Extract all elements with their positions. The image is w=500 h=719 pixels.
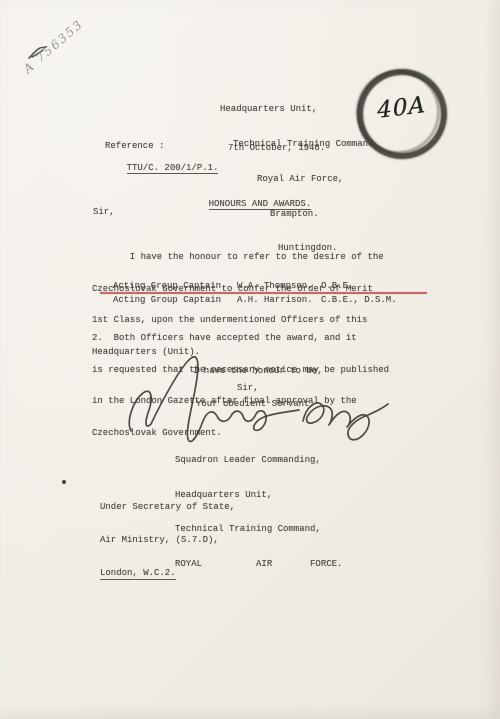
reference-number-text: TTU/C. 200/1/P.1. <box>127 163 219 175</box>
paragraph-1-line: I have the honour to refer to the desire… <box>92 252 384 263</box>
officers-list: Acting Group Captain W.A. Thompson. O.B.… <box>113 281 397 309</box>
officer-honours: C.B.E., D.S.M. <box>321 295 397 309</box>
header-address-line: Royal Air Force, <box>257 174 379 186</box>
officer-row: Acting Group Captain A.H. Harrison. C.B.… <box>113 295 397 309</box>
header-address-line: Headquarters Unit, <box>220 104 379 116</box>
letter-date: 7th October, 1946. <box>228 143 325 154</box>
reference-number: TTU/C. 200/1/P.1. <box>105 152 218 184</box>
scanned-letter-page: A 756353 40A Headquarters Unit, Technica… <box>0 0 500 719</box>
closing-line-3: Your obedient Servant. <box>196 399 315 410</box>
recipient-line-underlined: London, W.C.2. <box>100 568 176 580</box>
officer-rank: Acting Group Captain <box>113 295 237 309</box>
recipient-address: Under Secretary of State, Air Ministry, … <box>100 480 235 601</box>
subject-title: HONOURS AND AWARDS. <box>187 188 311 220</box>
reference-label: Reference : <box>105 141 164 152</box>
red-underline <box>100 292 427 294</box>
signature-block-line: Squadron Leader Commanding, <box>175 455 342 467</box>
officer-name: A.H. Harrison. <box>237 295 321 309</box>
recipient-line: Under Secretary of State, <box>100 502 235 513</box>
closing-line-1: I have the honour to be, <box>193 366 323 377</box>
subject-title-text: HONOURS AND AWARDS. <box>209 199 312 211</box>
recipient-line: London, W.C.2. <box>100 568 235 579</box>
recipient-line: Air Ministry, (S.7.D), <box>100 535 235 546</box>
closing-line-2: Sir, <box>237 383 259 394</box>
paragraph-2-line: 2. Both Officers have accepted the award… <box>92 333 389 344</box>
ink-dot <box>62 480 66 484</box>
salutation: Sir, <box>93 207 115 218</box>
